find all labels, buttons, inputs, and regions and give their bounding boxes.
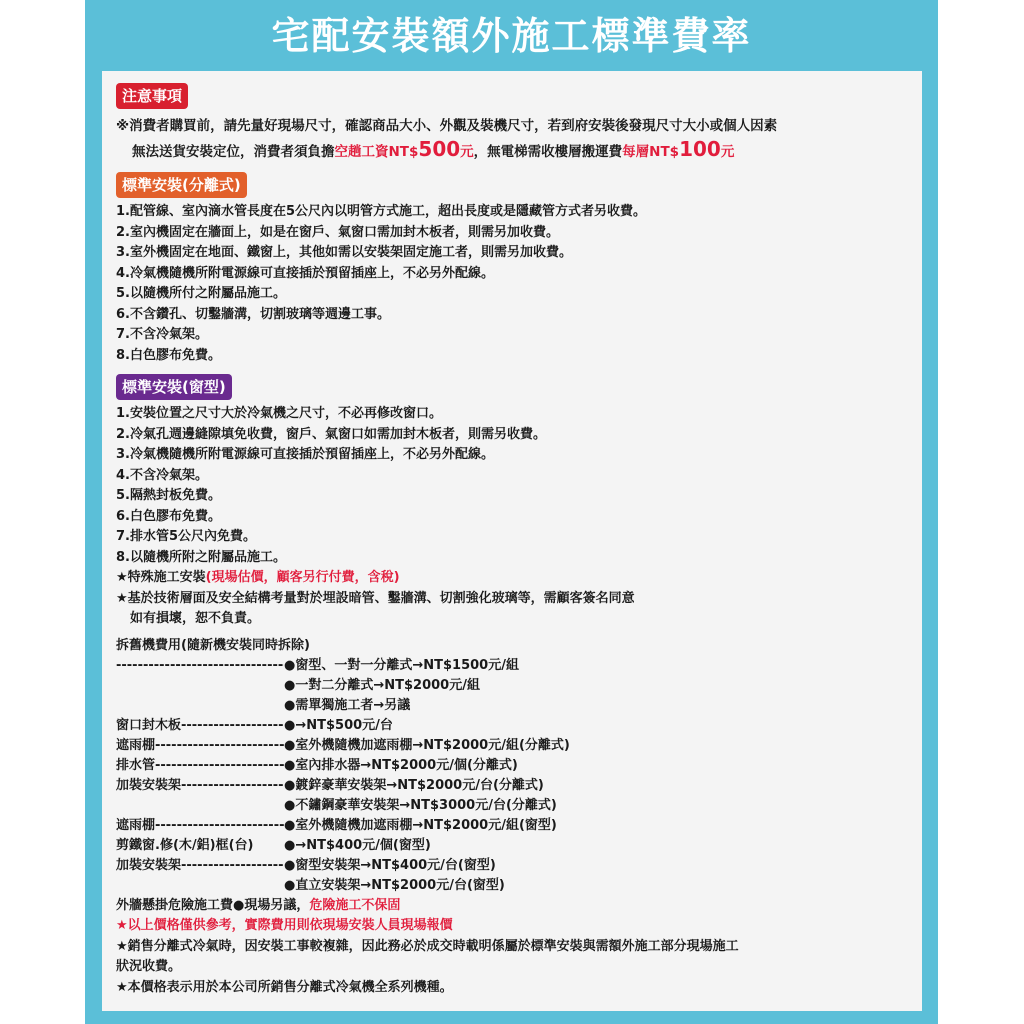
fee-value: ●一對二分離式→NT$2000元/組 — [284, 676, 480, 696]
notice-line-2: 無法送貨安裝定位，消費者須負擔空趟工資NT$500元，無電梯需收樓層搬運費每層N… — [116, 138, 916, 164]
split-sale-note-2: 狀況收費。 — [116, 957, 916, 978]
list-item: 1.安裝位置之尺寸大於冷氣機之尺寸，不必再修改窗口。 — [116, 404, 916, 425]
fee-label — [116, 696, 284, 716]
fee-value: ●窗型安裝架→NT$400元/台(窗型) — [284, 856, 496, 876]
floor-fee-amount: 100 — [679, 137, 721, 161]
notice-badge: 注意事項 — [116, 83, 188, 109]
fee-value: ●→NT$500元/台 — [284, 716, 393, 736]
page-title: 宅配安裝額外施工標準費率 — [85, 0, 938, 70]
fees-heading: 拆舊機費用(隨新機安裝同時拆除) — [116, 636, 916, 657]
list-item: 5.以隨機所付之附屬品施工。 — [116, 284, 916, 305]
fee-value: ●窗型、一對一分離式→NT$1500元/組 — [284, 656, 519, 676]
special-install-terms: (現場估價，顧客另行付費，含稅) — [206, 570, 400, 585]
fee-value: ●室內排水器→NT$2000元/個(分離式) — [284, 756, 518, 776]
liability-note-2: 如有損壞，恕不負責。 — [116, 609, 916, 630]
empty-trip-fee: 空趟工資NT$500元 — [335, 144, 474, 160]
list-item: 6.白色膠布免費。 — [116, 507, 916, 528]
fee-row: 遮雨棚------------------------------●室外機隨機加… — [116, 736, 916, 756]
list-item: 8.以隨機所附之附屬品施工。 — [116, 548, 916, 569]
fee-value: ●需單獨施工者→另議 — [284, 696, 410, 716]
list-item: 4.不含冷氣架。 — [116, 466, 916, 487]
fee-value: ●室外機隨機加遮雨棚→NT$2000元/組(窗型) — [284, 816, 557, 836]
content: 注意事項 ※消費者購買前，請先量好現場尺寸，確認商品大小、外觀及裝機尺寸，若到府… — [116, 71, 916, 998]
fee-value: ●→NT$400元/個(窗型) — [284, 836, 431, 856]
split-type-section: 標準安裝(分離式) 1.配管線、室內滴水管長度在5公尺內以明管方式施工，超出長度… — [116, 172, 916, 366]
list-item: 1.配管線、室內滴水管長度在5公尺內以明管方式施工，超出長度或是隱藏管方式者另收… — [116, 202, 916, 223]
list-item: 5.隔熱封板免費。 — [116, 486, 916, 507]
fee-label: 排水管------------------------------ — [116, 756, 284, 776]
fee-row: ●直立安裝架→NT$2000元/台(窗型) — [116, 876, 916, 896]
window-type-list: 1.安裝位置之尺寸大於冷氣機之尺寸，不必再修改窗口。 2.冷氣孔週邊縫隙填免收費… — [116, 404, 916, 568]
fee-row: 剪鐵窗.修(木/鋁)框(台) ●→NT$400元/個(窗型) — [116, 836, 916, 856]
fees-section: 拆舊機費用(隨新機安裝同時拆除) -----------------------… — [116, 636, 916, 917]
fee-label: 遮雨棚------------------------------ — [116, 816, 284, 836]
fee-label — [116, 676, 284, 696]
fee-label — [116, 876, 284, 896]
fee-label — [116, 796, 284, 816]
fee-label: 遮雨棚------------------------------ — [116, 736, 284, 756]
floor-fee: 每層NT$100元 — [622, 144, 734, 160]
fee-label: 加裝安裝架---------------------- — [116, 776, 284, 796]
window-type-badge: 標準安裝(窗型) — [116, 374, 232, 400]
content-panel: 注意事項 ※消費者購買前，請先量好現場尺寸，確認商品大小、外觀及裝機尺寸，若到府… — [102, 71, 922, 1011]
list-item: 4.冷氣機隨機所附電源線可直接插於預留插座上，不必另外配線。 — [116, 264, 916, 285]
fee-row: ●不鏽鋼豪華安裝架→NT$3000元/台(分離式) — [116, 796, 916, 816]
fee-row: 遮雨棚------------------------------●室外機隨機加… — [116, 816, 916, 836]
applicability-note: ★本價格表示用於本公司所銷售分離式冷氣機全系列機種。 — [116, 978, 916, 999]
special-section: ★特殊施工安裝(現場估價，顧客另行付費，含稅) ★基於技術層面及安全結構考量對於… — [116, 568, 916, 630]
danger-fee-value: ●現場另議， — [233, 896, 309, 916]
fee-value: ●直立安裝架→NT$2000元/台(窗型) — [284, 876, 505, 896]
floor-fee-unit: 元 — [721, 144, 735, 160]
list-item: 3.室外機固定在地面、鐵窗上，其他如需以安裝架固定施工者，則需另加收費。 — [116, 243, 916, 264]
fee-row: 窗口封木板----------------------●→NT$500元/台 — [116, 716, 916, 736]
fee-row: ●一對二分離式→NT$2000元/組 — [116, 676, 916, 696]
split-type-badge: 標準安裝(分離式) — [116, 172, 247, 198]
notice-text-mid: ，無電梯需收樓層搬運費 — [474, 144, 623, 160]
split-type-list: 1.配管線、室內滴水管長度在5公尺內以明管方式施工，超出長度或是隱藏管方式者另收… — [116, 202, 916, 366]
empty-trip-unit: 元 — [460, 144, 474, 160]
fee-label: 窗口封木板---------------------- — [116, 716, 284, 736]
list-item: 7.不含冷氣架。 — [116, 325, 916, 346]
list-item: 3.冷氣機隨機所附電源線可直接插於預留插座上，不必另外配線。 — [116, 445, 916, 466]
fee-label: 加裝安裝架---------------------- — [116, 856, 284, 876]
price-reference-note: ★以上價格僅供參考，實際費用則依現場安裝人員現場報價 — [116, 916, 916, 937]
fee-label: 剪鐵窗.修(木/鋁)框(台) — [116, 836, 284, 856]
list-item: 2.冷氣孔週邊縫隙填免收費，窗戶、氣窗口如需加封木板者，則需另收費。 — [116, 425, 916, 446]
special-install-label: ★特殊施工安裝 — [116, 570, 206, 585]
list-item: 7.排水管5公尺內免費。 — [116, 527, 916, 548]
liability-note-1: ★基於技術層面及安全結構考量對於埋設暗管、鑿牆溝、切割強化玻璃等，需顧客簽名同意 — [116, 589, 916, 610]
danger-fee-row: 外牆懸掛危險施工費●現場另議，危險施工不保固 — [116, 896, 916, 916]
list-item: 8.白色膠布免費。 — [116, 346, 916, 367]
notice-line-1: ※消費者購買前，請先量好現場尺寸，確認商品大小、外觀及裝機尺寸，若到府安裝後發現… — [116, 115, 916, 138]
list-item: 2.室內機固定在牆面上，如是在窗戶、氣窗口需加封木板者，則需另加收費。 — [116, 223, 916, 244]
empty-trip-amount: 500 — [418, 137, 460, 161]
notice-text: 無法送貨安裝定位，消費者須負擔 — [132, 144, 335, 160]
price-sheet-frame: 宅配安裝額外施工標準費率 注意事項 ※消費者購買前，請先量好現場尺寸，確認商品大… — [85, 0, 938, 1024]
fee-value: ●室外機隨機加遮雨棚→NT$2000元/組(分離式) — [284, 736, 570, 756]
footer-notes: ★以上價格僅供參考，實際費用則依現場安裝人員現場報價 ★銷售分離式冷氣時，因安裝… — [116, 916, 916, 998]
empty-trip-label: 空趟工資NT$ — [335, 144, 419, 160]
fee-row: ----------------------------------●窗型、一對… — [116, 656, 916, 676]
fee-value: ●鍍鋅豪華安裝架→NT$2000元/台(分離式) — [284, 776, 544, 796]
fee-label: ---------------------------------- — [116, 656, 284, 676]
fee-row: 加裝安裝架----------------------●鍍鋅豪華安裝架→NT$2… — [116, 776, 916, 796]
window-type-section: 標準安裝(窗型) 1.安裝位置之尺寸大於冷氣機之尺寸，不必再修改窗口。 2.冷氣… — [116, 374, 916, 568]
special-install-note: ★特殊施工安裝(現場估價，顧客另行付費，含稅) — [116, 568, 916, 589]
danger-fee-label: 外牆懸掛危險施工費 — [116, 896, 233, 916]
split-sale-note-1: ★銷售分離式冷氣時，因安裝工事較複雜，因此務必於成交時載明係屬於標準安裝與需額外… — [116, 937, 916, 958]
fee-value: ●不鏽鋼豪華安裝架→NT$3000元/台(分離式) — [284, 796, 557, 816]
fee-row: 排水管------------------------------●室內排水器→… — [116, 756, 916, 776]
danger-no-warranty: 危險施工不保固 — [309, 896, 400, 916]
fee-row: ●需單獨施工者→另議 — [116, 696, 916, 716]
notice-section: 注意事項 ※消費者購買前，請先量好現場尺寸，確認商品大小、外觀及裝機尺寸，若到府… — [116, 83, 916, 164]
list-item: 6.不含鑽孔、切鑿牆溝，切割玻璃等週邊工事。 — [116, 305, 916, 326]
floor-fee-label: 每層NT$ — [622, 144, 679, 160]
fee-row: 加裝安裝架----------------------●窗型安裝架→NT$400… — [116, 856, 916, 876]
